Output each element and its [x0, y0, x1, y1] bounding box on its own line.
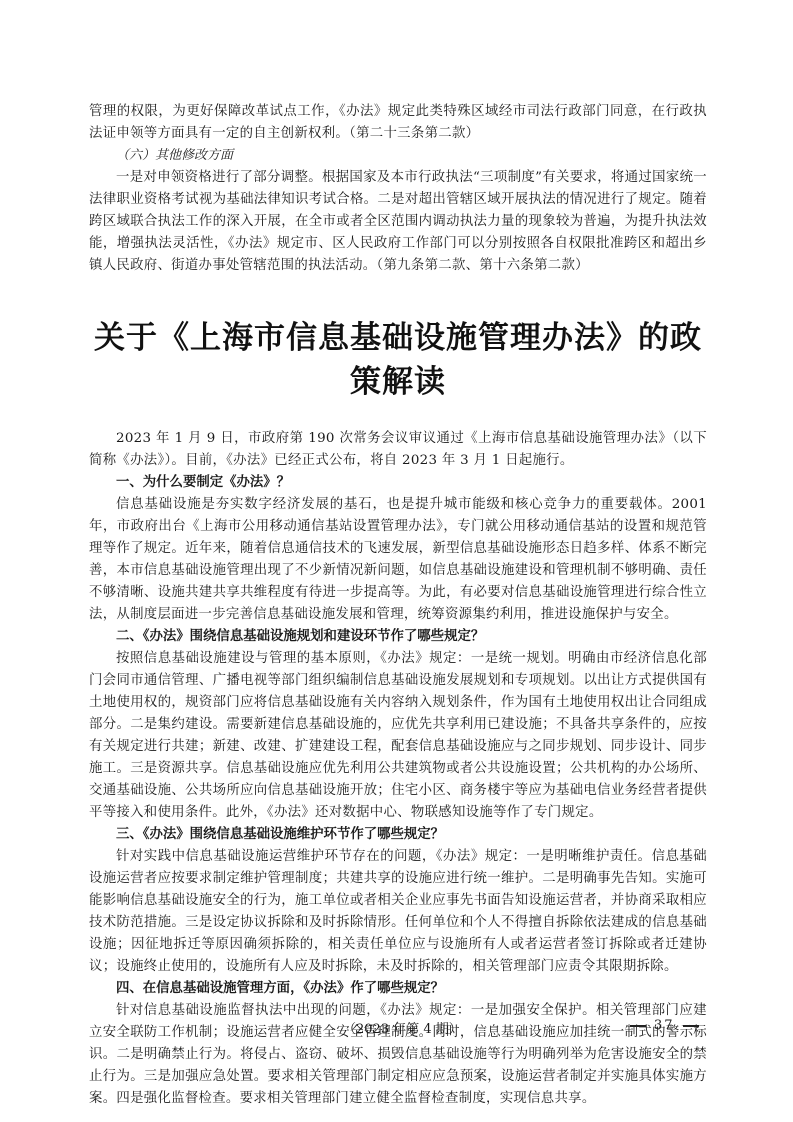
section-body-2: 按照信息基础设施建设与管理的基本原则，《办法》规定：一是统一规划。明确由市经济信…: [89, 648, 707, 824]
dash-left: [630, 1025, 646, 1027]
page-footer: （2023 年第 4 期） 37: [0, 1018, 793, 1042]
article-intro: 2023 年 1 月 9 日，市政府第 190 次常务会议审议通过《上海市信息基…: [89, 428, 707, 472]
issue-label: （2023 年第 4 期）: [343, 1018, 462, 1037]
section-body-1: 信息基础设施是夯实数字经济发展的基石，也是提升城市能级和核心竞争力的重要载体。2…: [89, 494, 707, 626]
page-body: 管理的权限，为更好保障改革试点工作，《办法》规定此类特殊区域经市司法行政部门同意…: [89, 101, 707, 1110]
continued-paragraph: 管理的权限，为更好保障改革试点工作，《办法》规定此类特殊区域经市司法行政部门同意…: [89, 101, 707, 145]
dash-right: [683, 1025, 699, 1027]
section-heading-2: 二、《办法》围绕信息基础设施规划和建设环节作了哪些规定？: [89, 626, 707, 648]
continued-paragraph: 一是对申领资格进行了部分调整。根据国家及本市行政执法“三项制度”有关要求，将通过…: [89, 167, 707, 277]
section-heading-4: 四、在信息基础设施管理方面，《办法》作了哪些规定？: [89, 978, 707, 1000]
subheading-other-changes: （六）其他修改方面: [89, 145, 707, 167]
article-title: 关于《上海市信息基础设施管理办法》的政策解读: [89, 316, 707, 404]
page-number-block: 37: [622, 1018, 707, 1033]
page-number: 37: [654, 1018, 675, 1033]
section-body-4: 针对信息基础设施监督执法中出现的问题，《办法》规定：一是加强安全保护。相关管理部…: [89, 1000, 707, 1110]
section-heading-1: 一、为什么要制定《办法》？: [89, 472, 707, 494]
section-body-3: 针对实践中信息基础设施运营维护环节存在的问题，《办法》规定：一是明晰维护责任。信…: [89, 846, 707, 978]
section-heading-3: 三、《办法》围绕信息基础设施维护环节作了哪些规定？: [89, 824, 707, 846]
